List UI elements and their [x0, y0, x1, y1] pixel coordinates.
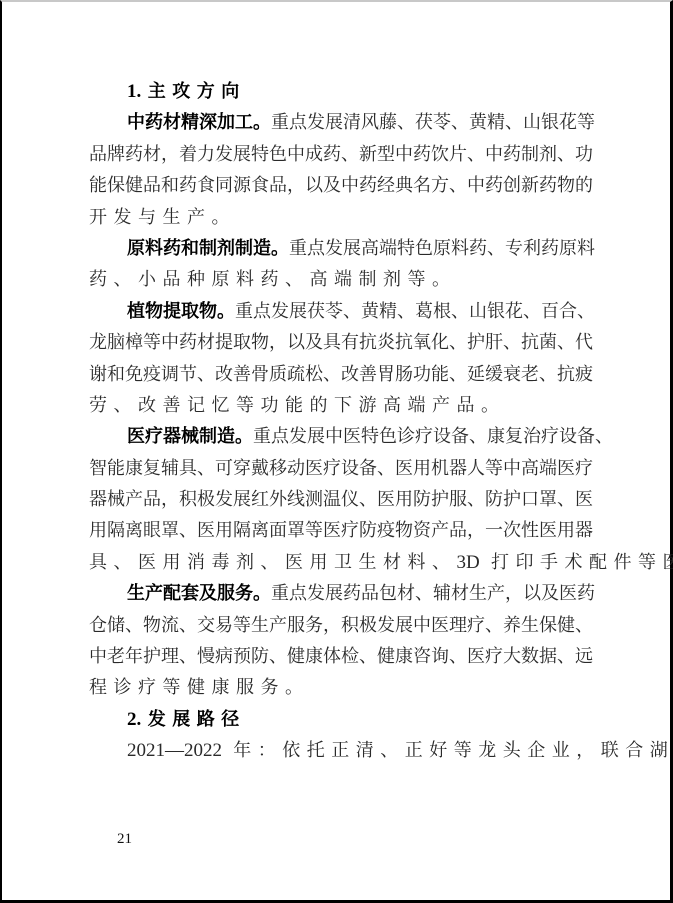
paragraph-line: 中老年护理、慢病预防、健康体检、健康咨询、医疗大数据、远: [89, 641, 585, 672]
paragraph-line: 劳、改善记忆等功能的下游高端产品。: [89, 390, 585, 421]
paragraph-line: 能保健品和药食同源食品，以及中药经典名方、中药创新药物的: [89, 170, 585, 201]
paragraph-first-line: 中药材精深加工。重点发展清风藤、茯苓、黄精、山银花等: [89, 107, 585, 138]
paragraph-line: 具、医用消毒剂、医用卫生材料、3D 打印手术配件等医用耗材。: [89, 547, 585, 578]
paragraph-line: 仓储、物流、交易等生产服务，积极发展中医理疗、养生保健、: [89, 610, 585, 641]
paragraph-first-line: 2021—2022 年：依托正清、正好等龙头企业，联合湖南中: [89, 735, 585, 766]
paragraph-line: 器械产品，积极发展红外线测温仪、医用防护服、防护口罩、医: [89, 484, 585, 515]
paragraph-line: 开发与生产。: [89, 202, 585, 233]
paragraph-line: 程诊疗等健康服务。: [89, 672, 585, 703]
paragraph-first-line: 医疗器械制造。重点发展中医特色诊疗设备、康复治疗设备、: [89, 421, 585, 452]
paragraph-first-line: 原料药和制剂制造。重点发展高端特色原料药、专利药原料: [89, 233, 585, 264]
paragraph-line: 药、小品种原料药、高端制剂等。: [89, 264, 585, 295]
paragraph-line: 龙脑樟等中药材提取物，以及具有抗炎抗氧化、护肝、抗菌、代: [89, 327, 585, 358]
page-number: 21: [117, 831, 132, 848]
paragraph-first-line: 植物提取物。重点发展茯苓、黄精、葛根、山银花、百合、: [89, 296, 585, 327]
document-body: 1.主攻方向中药材精深加工。重点发展清风藤、茯苓、黄精、山银花等品牌药材，着力发…: [89, 76, 585, 767]
paragraph-first-line: 生产配套及服务。重点发展药品包材、辅材生产，以及医药: [89, 578, 585, 609]
paragraph-line: 品牌药材，着力发展特色中成药、新型中药饮片、中药制剂、功: [89, 139, 585, 170]
paragraph-line: 谢和免疫调节、改善骨质疏松、改善胃肠功能、延缓衰老、抗疲: [89, 359, 585, 390]
section-heading: 1.主攻方向: [89, 76, 585, 107]
paragraph-line: 用隔离眼罩、医用隔离面罩等医疗防疫物资产品，一次性医用器: [89, 515, 585, 546]
paragraph-line: 智能康复辅具、可穿戴移动医疗设备、医用机器人等中高端医疗: [89, 453, 585, 484]
document-page: 1.主攻方向中药材精深加工。重点发展清风藤、茯苓、黄精、山银花等品牌药材，着力发…: [0, 0, 673, 903]
section-heading: 2.发展路径: [89, 704, 585, 735]
